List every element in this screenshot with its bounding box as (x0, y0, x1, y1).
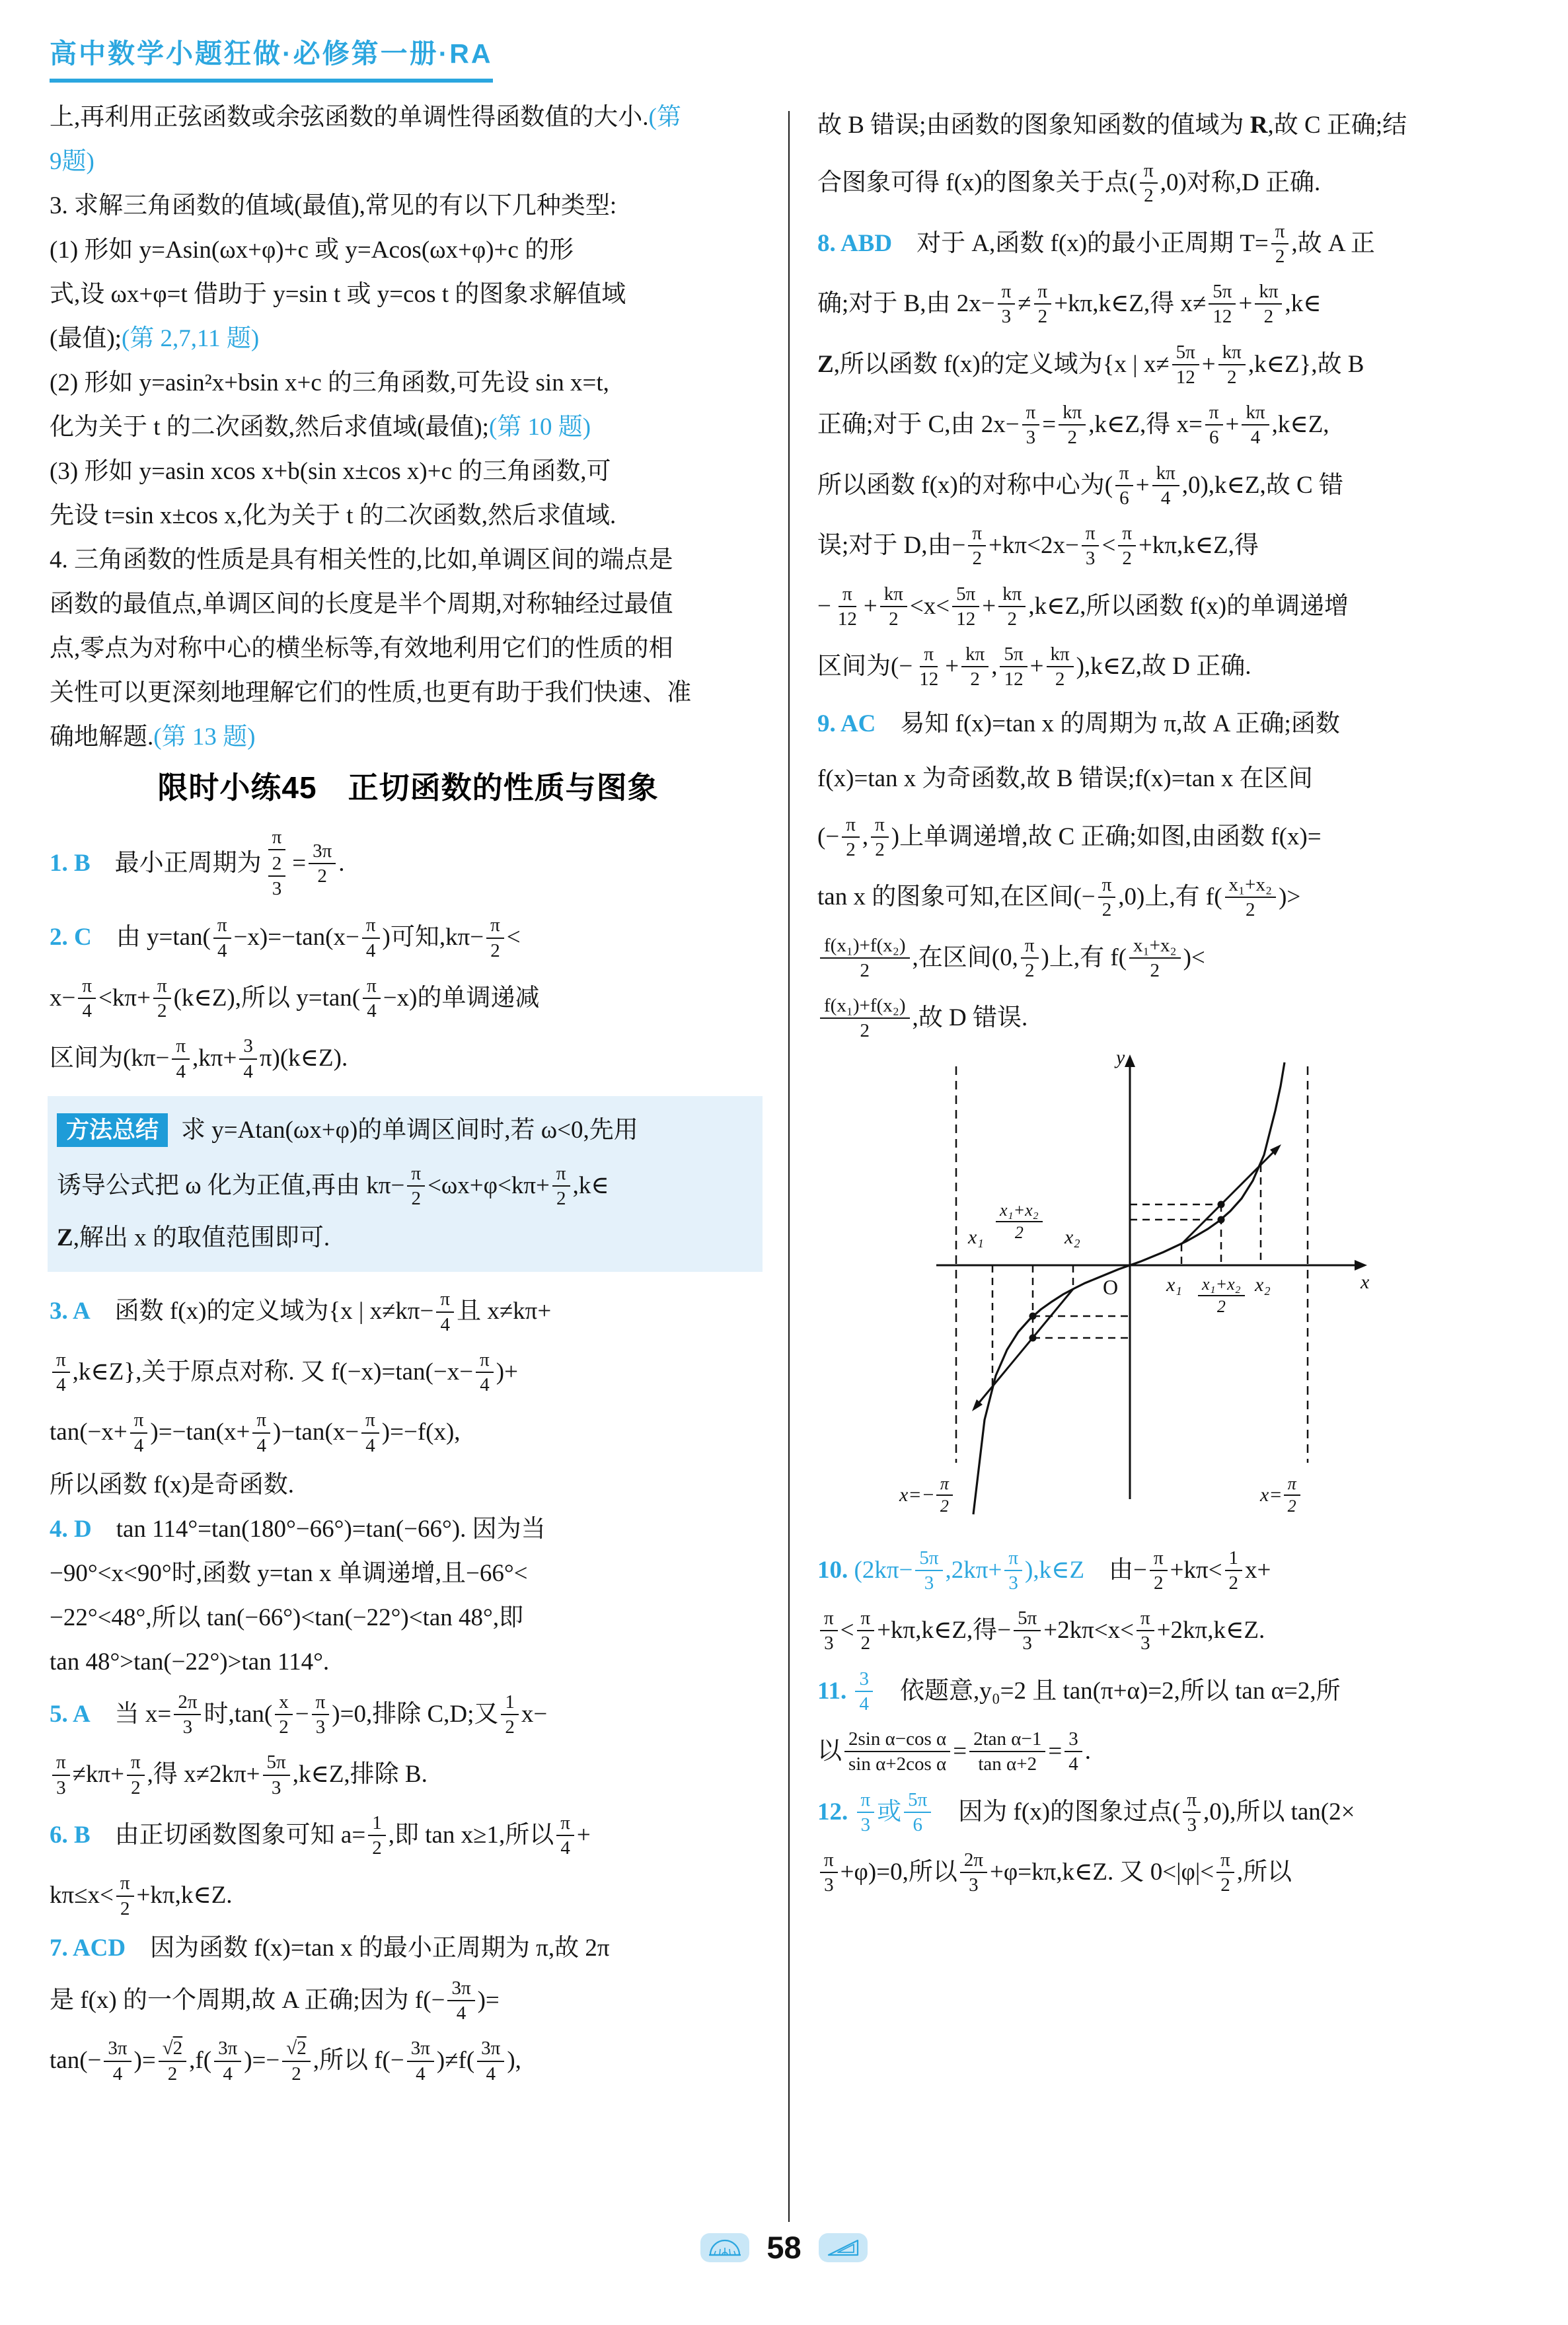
text-line: 上,再利用正弦函数或余弦函数的单调性得函数值的大小.(第 (50, 96, 766, 139)
fraction: 2π3 (960, 1848, 987, 1898)
text-run: 2 (486, 939, 504, 963)
fraction: 12 (501, 1690, 519, 1740)
text-line: 5. A 当 x=2π3时,tan(x2−π3)=0,排除 C,D;又12x− (50, 1685, 766, 1744)
text-run: 5π (915, 1546, 942, 1571)
text-run: 且 x≠kπ+ (457, 1296, 551, 1327)
fraction: π3 (820, 1848, 838, 1898)
text-run: π (172, 1034, 190, 1059)
text-run: π (552, 1162, 570, 1187)
text-run: 2 (297, 2038, 307, 2059)
text-run: +kπ,k∈Z,得 x≠ (1054, 289, 1206, 319)
text-run: 2 (871, 838, 889, 862)
text-run: )=0,排除 C,D;又 (332, 1699, 498, 1730)
fraction: π4 (78, 974, 96, 1023)
fraction: kπ4 (1152, 461, 1179, 511)
figure-y-label: y (1116, 1045, 1125, 1070)
text-run: kπ (961, 642, 989, 667)
text-run: x− (50, 983, 75, 1014)
fraction: π2 (1140, 159, 1158, 208)
text-run: f(x₁)+f(x₂) (820, 994, 910, 1019)
text-run: 上,再利用正弦函数或余弦函数的单调性得函数值的大小. (50, 102, 649, 133)
fraction: π2 (968, 521, 986, 571)
fraction: π2 (127, 1750, 145, 1800)
text-line: 确;对于 B,由 2x−π3≠π2+kπ,k∈Z,得 x≠5π12+kπ2,k∈ (817, 275, 1526, 334)
text-run: tan x 的图象可知,在区间(− (817, 882, 1096, 912)
text-line: (2) 形如 y=asin²x+bsin x+c 的三角函数,可先设 sin x… (50, 362, 766, 404)
fraction: π2 (407, 1162, 425, 1211)
text-run: 确;对于 B,由 2x− (817, 289, 995, 319)
text-run: 求 y=Atan(ωx+φ)的单调区间时,若 ω<0,先用 (181, 1117, 638, 1144)
text-run: x₁+x₂ (996, 1200, 1043, 1223)
text-run: 3 (998, 305, 1016, 328)
text-run: π (1150, 1546, 1168, 1571)
text-run: π (362, 913, 380, 938)
text-run: 因为 f(x)的图象过点( (934, 1797, 1180, 1827)
fraction: 3π4 (407, 2036, 434, 2086)
text-line: 诱导公式把 ω 化为正值,再由 kπ−π2<ωx+φ<kπ+π2,k∈ (57, 1157, 752, 1216)
text-line: π3<π2+kπ,k∈Z,得−5π3+2kπ<x<π3+2kπ,k∈Z. (817, 1602, 1526, 1660)
fraction: π2 (1271, 219, 1289, 269)
text-run: 2 (1213, 1296, 1230, 1318)
fraction: π12 (834, 582, 861, 632)
text-run: π (363, 974, 381, 999)
text-run: , (991, 651, 997, 682)
text-run: tan α+2 (974, 1752, 1041, 1776)
point-chord-mid-right (1218, 1200, 1225, 1208)
text-run: kπ (1255, 279, 1282, 305)
left-column: 上,再利用正弦函数或余弦函数的单调性得函数值的大小.(第9题)3. 求解三角函数… (50, 96, 766, 2092)
text-run: (1) 形如 y=Asin(ωx+φ)+c 或 y=Acos(ωx+φ)+c 的… (50, 235, 574, 266)
figure-left-x1-label: x₁ (968, 1225, 984, 1250)
text-run: ,所以函数 f(x)的定义域为{x | x≠ (834, 350, 1170, 380)
text-run: tan(−x+ (50, 1417, 128, 1448)
text-run: 2 (552, 1187, 570, 1210)
text-run: √2 (282, 2036, 310, 2061)
fraction: π4 (172, 1034, 190, 1084)
answers-block-1-2: 1. B 最小正周期为π23=3π2.2. C 由 y=tan(π4−x)=−t… (50, 821, 766, 1088)
text-run: 5π (1172, 340, 1199, 365)
text-line: f(x)=tan x 为奇函数,故 B 错误;f(x)=tan x 在区间 (817, 753, 1526, 806)
text-line: 11. 34 依题意,y₀=2 且 tan(π+α)=2,所以 tan α=2,… (817, 1662, 1526, 1721)
text-run: 是 f(x) 的一个周期,故 A 正确;因为 f(− (50, 1985, 445, 2016)
fraction: kπ2 (961, 642, 989, 692)
text-run: − (295, 1699, 309, 1730)
text-line: tan(−x+π4)=−tan(x+π4)−tan(x−π4)=−f(x), (50, 1403, 766, 1462)
text-run: Z (817, 350, 834, 380)
text-run: π (78, 974, 96, 999)
text-run: 所以函数 f(x)是奇函数. (50, 1470, 294, 1500)
text-run: π (153, 974, 171, 999)
text-line: 3. 求解三角函数的值域(最值),常见的有以下几种类型: (50, 185, 766, 227)
text-run: 1. B (50, 848, 91, 879)
text-run: π (842, 813, 860, 838)
text-run: ,所以 f(− (313, 2046, 404, 2076)
text-run: π (476, 1348, 494, 1373)
text-run: 4 (172, 1060, 190, 1084)
text-run: 4 (437, 1313, 455, 1337)
text-run: 12 (1172, 365, 1199, 389)
text-run: 3 (965, 1873, 983, 1897)
fraction: 3π4 (104, 2036, 131, 2086)
text-run: 4 (1157, 486, 1175, 510)
text-run: √2 (159, 2036, 186, 2061)
figure-right-x2-label: x₂ (1255, 1273, 1271, 1298)
text-run: 区间为(− (817, 651, 913, 682)
text-run: π (268, 825, 286, 850)
text-run: −22°<48°,所以 tan(−66°)<tan(−22°)<tan 48°,… (50, 1603, 523, 1633)
fraction: x₁+x₂2 (1129, 934, 1181, 983)
text-run: ,在区间(0, (913, 943, 1018, 973)
answers-block-10-12: 10. (2kπ−5π3,2kπ+π3),k∈Z 由−π2+kπ<12x+π3<… (817, 1541, 1526, 1902)
text-run: x₂ (1255, 1273, 1271, 1298)
text-run: 2 (153, 999, 171, 1023)
text-run: < (507, 922, 521, 953)
text-run: 区间为(kπ− (50, 1043, 169, 1074)
text-run: (第 (649, 102, 681, 133)
text-run: = (1048, 1736, 1062, 1767)
text-run: 3 (239, 1034, 257, 1059)
text-run: 9题) (50, 147, 94, 177)
text-run: π (1284, 1473, 1300, 1496)
fraction: 34 (855, 1667, 873, 1716)
text-run: π (130, 1408, 148, 1433)
text-run: 12 (952, 607, 979, 631)
text-run: = (953, 1736, 967, 1767)
text-run: 3 (1082, 546, 1100, 570)
fraction: √22 (282, 2036, 310, 2086)
method-lines: 诱导公式把 ω 化为正值,再由 kπ−π2<ωx+φ<kπ+π2,k∈Z,解出 … (57, 1157, 752, 1260)
text-line: 合图象可得 f(x)的图象关于点(π2,0)对称,D 正确. (817, 154, 1526, 213)
text-run: 1 (368, 1811, 386, 1836)
fraction: π3 (1137, 1606, 1154, 1656)
workbook-page: 高中数学小题狂做·必修第一册·RA 上,再利用正弦函数或余弦函数的单调性得函数值… (0, 0, 1568, 2325)
fraction: 3π4 (477, 2036, 504, 2086)
fraction: 5π6 (904, 1788, 931, 1837)
fraction: π3 (1082, 521, 1100, 571)
text-run: x₁ (1166, 1273, 1182, 1298)
text-run: π (871, 813, 889, 838)
text-run: (k∈Z),所以 y=tan( (174, 983, 361, 1014)
text-run: x₂ (1064, 1225, 1080, 1250)
fraction: 23 (268, 852, 286, 901)
fraction: 2tan α−1tan α+2 (969, 1727, 1045, 1777)
text-run: 2 (1004, 607, 1022, 631)
text-run: 由− (1084, 1555, 1147, 1586)
text-run: 2 (173, 2038, 183, 2059)
text-run: 4 (52, 1373, 70, 1397)
text-line: Z,所以函数 f(x)的定义域为{x | x≠5π12+kπ2,k∈Z},故 B (817, 336, 1526, 394)
text-run: π (556, 1811, 574, 1836)
fraction: π2 (1284, 1473, 1300, 1518)
text-run: kπ (998, 582, 1026, 607)
text-run: (3) 形如 y=asin xcos x+b(sin x±cos x)+c 的三… (50, 457, 611, 487)
text-run: 2 (287, 2062, 305, 2086)
text-run: 8. ABD (817, 229, 892, 259)
text-line: tan x 的图象可知,在区间(−π2,0)上,有 f(x₁+x₂2)> (817, 868, 1526, 927)
fraction: π4 (362, 913, 380, 963)
text-run: 3 (820, 1873, 838, 1897)
text-line: tan(−3π4)=√22,f(3π4)=−√22,所以 f(−3π4)≠f(3… (50, 2032, 766, 2090)
text-run: π (820, 1848, 838, 1873)
text-run: 6 (1115, 486, 1133, 510)
text-run: 故 B 错误;由函数的图象知函数的值域为 (817, 110, 1250, 141)
text-line: 8. ABD 对于 A,函数 f(x)的最小正周期 T=π2,故 A 正 (817, 215, 1526, 274)
tangent-graph-figure: y x O x₁ x₁+x₂2 x₂ x₁ x₁+x₂2 x₂ x=−π2 x=… (870, 1052, 1491, 1537)
fraction: 12 (1225, 1546, 1243, 1596)
text-run: x= (1260, 1483, 1283, 1508)
text-run: π (920, 642, 938, 667)
text-run: +kπ,k∈Z. (137, 1880, 233, 1911)
text-run: 6 (1205, 425, 1223, 449)
text-run: 2 (1051, 667, 1069, 691)
text-line: (最值);(第 2,7,11 题) (50, 318, 766, 360)
text-run: ,0),所以 tan(2× (1203, 1797, 1355, 1827)
text-run: x (1361, 1270, 1369, 1295)
text-run: )上单调递增,故 C 正确;如图,由函数 f(x)= (891, 822, 1322, 852)
text-run: 5π (1209, 279, 1236, 305)
text-run: ), (507, 2046, 521, 2076)
text-run: 3 (268, 877, 286, 901)
text-run: 2 (1011, 1222, 1027, 1244)
figure-x-label: x (1361, 1270, 1369, 1295)
text-run: 2 (1034, 305, 1052, 328)
fraction: π4 (130, 1408, 148, 1458)
fraction: π4 (556, 1811, 574, 1861)
text-line: 2. C 由 y=tan(π4−x)=−tan(x−π4)可知,kπ−π2< (50, 908, 766, 967)
text-run: 由正切函数图象可知 a= (91, 1820, 366, 1851)
figure-left-x2-label: x₂ (1064, 1225, 1080, 1250)
text-run: π (1034, 279, 1052, 305)
text-line: 4. D tan 114°=tan(180°−66°)=tan(−66°). 因… (50, 1508, 766, 1551)
text-run: 2. C (50, 922, 92, 953)
text-line: 6. B 由正切函数图象可知 a=12,即 tan x≥1,所以π4+ (50, 1806, 766, 1865)
text-run: + (1238, 289, 1252, 319)
text-line: 故 B 错误;由函数的图象知函数的值域为 R,故 C 正确;结 (817, 99, 1526, 152)
text-run: +kπ< (1170, 1555, 1222, 1586)
text-run: ,k∈Z, (1272, 410, 1329, 440)
text-run: ),k∈Z,故 D 正确. (1076, 651, 1251, 682)
figure-asymptote-right-label: x=π2 (1260, 1472, 1302, 1519)
text-run: 3 (1022, 425, 1040, 449)
text-run: (2) 形如 y=asin²x+bsin x+c 的三角函数,可先设 sin x… (50, 368, 609, 398)
fraction: π3 (998, 279, 1016, 329)
text-run: 2 (968, 546, 986, 570)
text-run: 2 (842, 838, 860, 862)
text-line: f(x₁)+f(x₂)2,在区间(0,π2)上,有 f(x₁+x₂2)< (817, 929, 1526, 988)
text-run: π (1137, 1606, 1154, 1631)
text-run: 4. 三角函数的性质是具有相关性的,比如,单调区间的端点是 (50, 545, 673, 575)
text-run: 3 (820, 1631, 838, 1655)
text-run: )可知,kπ− (383, 922, 484, 953)
text-run: kπ≤x< (50, 1880, 114, 1911)
text-run: 3π (309, 839, 336, 864)
figure-asymptote-left-label: x=−π2 (899, 1472, 954, 1519)
column-divider (788, 111, 790, 2222)
text-run: x₁ (968, 1225, 984, 1250)
text-run: 2 (116, 1897, 134, 1921)
text-run: ,故 A 正 (1291, 229, 1374, 259)
fraction: 3π4 (447, 1976, 474, 2026)
fraction: x₁+x₂2 (996, 1200, 1043, 1244)
text-run: +φ)=0,所以 (840, 1857, 957, 1888)
text-run: ,f( (189, 2046, 211, 2076)
text-run: ,k∈Z},关于原点对称. 又 f(−x)=tan(−x− (73, 1357, 473, 1387)
fraction: 34 (239, 1034, 257, 1084)
text-run: √2 (163, 2036, 182, 2060)
text-run: π (968, 521, 986, 546)
text-line: x−π4<kπ+π2(k∈Z),所以 y=tan(π4−x)的单调递减 (50, 969, 766, 1028)
text-run: ,0)上,有 f( (1118, 882, 1222, 912)
text-run: 式,设 ωx+φ=t 借助于 y=sin t 或 y=cos t 的图象求解值域 (50, 279, 626, 310)
text-run: 点,零点为对称中心的横坐标等,有效地利用它们的性质的相 (50, 634, 673, 664)
text-run: x₁+x₂ (1198, 1274, 1245, 1297)
text-run: ,0),k∈Z,故 C 错 (1182, 470, 1343, 501)
fraction: π3 (52, 1750, 70, 1800)
text-line: 9题) (50, 141, 766, 183)
text-run: 3 (1137, 1631, 1154, 1655)
fraction: π3 (820, 1606, 838, 1656)
text-run: π (1183, 1788, 1201, 1813)
text-run: ,k∈Z},故 B (1248, 350, 1364, 380)
text-run: )+ (496, 1357, 518, 1387)
text-run: 4 (412, 2062, 429, 2086)
text-run: 确地解题. (50, 722, 153, 753)
text-line: −π12+kπ2<x<5π12+kπ2,k∈Z,所以函数 f(x)的单调递增 (817, 577, 1526, 636)
text-run: 2 (1063, 425, 1081, 449)
text-line: 正确;对于 C,由 2x−π3=kπ2,k∈Z,得 x=π6+kπ4,k∈Z, (817, 396, 1526, 455)
section-heading: 限时小练45 正切函数的性质与图象 (50, 769, 766, 807)
text-run: 4 (362, 939, 380, 963)
text-run: (2kπ− (854, 1555, 913, 1586)
text-run: 2 (275, 1715, 293, 1739)
text-run: 3 (268, 1776, 285, 1800)
page-footer: 58 (0, 2229, 1568, 2266)
text-run: 3. 求解三角函数的值域(最值),常见的有以下几种类型: (50, 191, 616, 221)
fraction: π6 (1205, 400, 1223, 450)
fraction: π2 (857, 1606, 875, 1656)
text-run: 2 (1216, 1873, 1234, 1897)
text-run: 23 (264, 850, 290, 903)
text-run: π (127, 1750, 145, 1775)
text-run: +kπ,k∈Z,得 (1139, 531, 1259, 561)
text-run: 2 (856, 1019, 874, 1043)
text-run: π (839, 582, 856, 607)
text-run: 2 (1021, 959, 1039, 982)
text-run: 4 (219, 2062, 237, 2086)
text-run: 误;对于 D,由− (817, 531, 965, 561)
text-run: −x)=−tan(x− (234, 922, 359, 953)
text-run: 12 (1209, 305, 1236, 328)
text-run: 2tan α−1 (969, 1727, 1045, 1752)
text-run: )上,有 f( (1041, 943, 1127, 973)
fraction: kπ4 (1242, 400, 1269, 450)
text-run: 4 (213, 939, 231, 963)
fraction: π2 (1118, 521, 1136, 571)
text-run: 2 (164, 2062, 182, 2086)
fraction: x₁+x₂2 (1225, 873, 1277, 922)
text-run: 函数 f(x)的定义域为{x | x≠kπ− (91, 1296, 434, 1327)
text-line: 以2sin α−cos αsin α+2cos α=2tan α−1tan α+… (817, 1722, 1526, 1781)
text-run: + (577, 1820, 591, 1851)
text-run: 3 (1064, 1727, 1082, 1752)
text-run: + (1202, 350, 1216, 380)
text-run: 正确;对于 C,由 2x− (817, 410, 1020, 440)
text-run: (− (817, 822, 839, 852)
text-run: 最小正周期为 (91, 848, 262, 879)
text-run: ,kπ+ (192, 1043, 237, 1074)
text-run: ,所以 (1237, 1857, 1292, 1888)
fraction: 3π4 (214, 2036, 241, 2086)
text-run: ,故 D 错误. (913, 1003, 1028, 1033)
text-run: 2 (1284, 1496, 1300, 1518)
text-run: tan 114°=tan(180°−66°)=tan(−66°). 因为当 (92, 1514, 546, 1545)
text-run: 3. A (50, 1296, 91, 1327)
text-line: 函数的最值点,单调区间的长度是半个周期,对称轴经过最值 (50, 583, 766, 626)
fraction: π23 (264, 825, 290, 903)
text-run: − (817, 591, 831, 622)
text-run: 4 (239, 1060, 257, 1084)
text-line: 所以函数 f(x)是奇函数. (50, 1464, 766, 1506)
fraction: π4 (436, 1287, 454, 1337)
text-run: 4 (109, 2062, 127, 2086)
text-run: π (1205, 400, 1223, 425)
text-run: 6. B (50, 1820, 91, 1851)
text-run: < (840, 1615, 854, 1646)
text-run: π (52, 1348, 70, 1373)
text-run: )< (1183, 943, 1205, 973)
text-line: f(x₁)+f(x₂)2,故 D 错误. (817, 989, 1526, 1048)
text-run: π (820, 1606, 838, 1631)
fraction: 34 (1064, 1727, 1082, 1777)
text-run: . (338, 848, 344, 879)
text-run: 5π (952, 582, 979, 607)
fraction: π3 (312, 1690, 330, 1740)
text-run: 2 (1260, 305, 1278, 328)
text-run: x− (521, 1699, 547, 1730)
text-run: + (982, 591, 996, 622)
text-run: f(x₁)+f(x₂) (820, 934, 910, 959)
text-run: kπ (1218, 340, 1246, 365)
text-line: 确地解题.(第 13 题) (50, 716, 766, 758)
text-run: 合图象可得 f(x)的图象关于点( (817, 168, 1137, 198)
text-run: π (857, 1606, 875, 1631)
text-run: √2 (286, 2036, 306, 2060)
text-run: O (1103, 1274, 1118, 1300)
text-run: 2 (1140, 184, 1158, 207)
text-run: + (945, 651, 959, 682)
point-curve-mid-right (1218, 1216, 1225, 1223)
text-run: (第 13 题) (153, 722, 255, 753)
fraction: kπ2 (1255, 279, 1282, 329)
text-run: )≠f( (437, 2046, 474, 2076)
fraction: 2sin α−cos αsin α+2cos α (844, 1727, 950, 1777)
text-run: 12. (817, 1797, 854, 1827)
figure-right-x1-label: x₁ (1166, 1273, 1182, 1298)
text-run: 5π (1014, 1606, 1041, 1631)
text-run: 4 (476, 1373, 494, 1397)
text-run: ,得 x≠2kπ+ (147, 1759, 260, 1790)
fraction: f(x₁)+f(x₂)2 (820, 934, 910, 983)
text-run: 4. D (50, 1514, 92, 1545)
text-run: tan(− (50, 2046, 101, 2076)
text-run: π (436, 1287, 454, 1312)
text-run: π (1115, 461, 1133, 486)
text-run: ,0)对称,D 正确. (1160, 168, 1321, 198)
text-run: x (275, 1690, 293, 1715)
fraction: π2 (552, 1162, 570, 1211)
text-line: 1. B 最小正周期为π23=3π2. (50, 821, 766, 907)
fraction: kπ2 (1218, 340, 1246, 390)
